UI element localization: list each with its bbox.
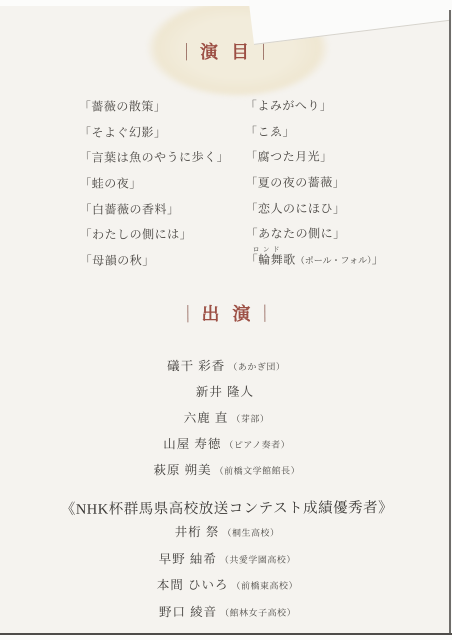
program-item: 「蛙の夜」 (79, 174, 229, 200)
program-item: 「腐つた月光」 (245, 148, 384, 174)
winner-affiliation: （館林女子高校） (220, 608, 296, 618)
winner-name: 野口 綾音 (159, 605, 217, 619)
cast-title-text: 出演 (201, 300, 263, 326)
cast-member: 六鹿 直（芽部） (0, 407, 452, 427)
rondo-close-quote: 」 (372, 252, 385, 266)
program-item: 「そよぐ幻影」 (79, 123, 229, 149)
winner-name: 早野 紬希 (159, 552, 217, 566)
cast-section-title: | 出演 | (0, 299, 452, 327)
program-item-rondo: ロンド「輪舞歌（ポール・フォル）」 (246, 250, 385, 276)
program-item: 「こゑ」 (245, 122, 384, 148)
contest-heading: 《NHK杯群馬県高校放送コンテスト成績優秀者》 (1, 496, 452, 519)
program-item: 「母韻の秋」 (80, 251, 230, 277)
cast-member: 新井 隆人 (0, 381, 452, 401)
rondo-paren-text: （ポール・フォル） (296, 255, 372, 265)
cast-member-affiliation: （前橋文学館館長） (215, 466, 301, 476)
rondo-ruby-text: ロンド (253, 245, 283, 255)
cast-member-name: 礒干 彩香 (167, 359, 225, 373)
cast-member-affiliation: （芽部） (231, 414, 269, 424)
cast-member-name: 山屋 寿徳 (163, 437, 221, 451)
cast-member: 礒干 彩香（あかぎ団） (0, 355, 452, 375)
program-item: 「わたしの側には」 (80, 225, 230, 251)
program-column-left: 「薔薇の散策」 「そよぐ幻影」 「言葉は魚のやうに歩く」 「蛙の夜」 「白薔薇の… (79, 97, 230, 278)
contest-winner: 井桁 祭（桐生高校） (1, 521, 452, 541)
program-item: 「白薔薇の香料」 (79, 200, 229, 226)
scanned-program-page: | 演目 | 「薔薇の散策」 「そよぐ幻影」 「言葉は魚のやうに歩く」 「蛙の夜… (0, 0, 452, 640)
contest-winner: 野口 綾音（館林女子高校） (1, 601, 452, 621)
cast-member-name: 六鹿 直 (184, 411, 229, 425)
program-item: 「恋人のにほひ」 (245, 199, 384, 225)
winner-affiliation: （共愛学園高校） (220, 555, 296, 565)
cast-member-name: 新井 隆人 (196, 385, 254, 399)
page-content: | 演目 | 「薔薇の散策」 「そよぐ幻影」 「言葉は魚のやうに歩く」 「蛙の夜… (0, 0, 452, 640)
program-item: 「言葉は魚のやうに歩く」 (79, 148, 229, 174)
cast-member-name: 萩原 朔美 (153, 463, 211, 477)
cast-member-affiliation: （あかぎ団） (228, 362, 285, 372)
contest-winner: 早野 紬希（共愛学園高校） (1, 548, 452, 568)
program-section-title: | 演目 | (0, 37, 451, 65)
contest-winner: 本間 ひいろ（前橋東高校） (1, 574, 452, 594)
title-bar-left: | (185, 40, 188, 62)
winner-name: 本間 ひいろ (157, 578, 229, 592)
program-item: 「よみがへり」 (245, 96, 384, 122)
title-bar-left: | (186, 302, 189, 324)
winner-affiliation: （桐生高校） (222, 528, 279, 538)
page-right-edge-line (449, 10, 451, 640)
cast-member-affiliation: （ピアノ奏者） (224, 440, 290, 450)
cast-member: 萩原 朔美（前橋文学館館長） (1, 459, 452, 479)
winner-name: 井桁 祭 (175, 525, 220, 539)
cast-member: 山屋 寿徳（ピアノ奏者） (1, 433, 452, 453)
program-item: 「夏の夜の薔薇」 (245, 173, 384, 199)
title-bar-right: | (263, 302, 266, 324)
winner-affiliation: （前橋東高校） (231, 581, 298, 591)
program-item: 「薔薇の散策」 (79, 97, 229, 123)
program-column-right: 「よみがへり」 「こゑ」 「腐つた月光」 「夏の夜の薔薇」 「恋人のにほひ」 「… (245, 96, 384, 277)
scanner-bottom-edge (0, 635, 452, 640)
